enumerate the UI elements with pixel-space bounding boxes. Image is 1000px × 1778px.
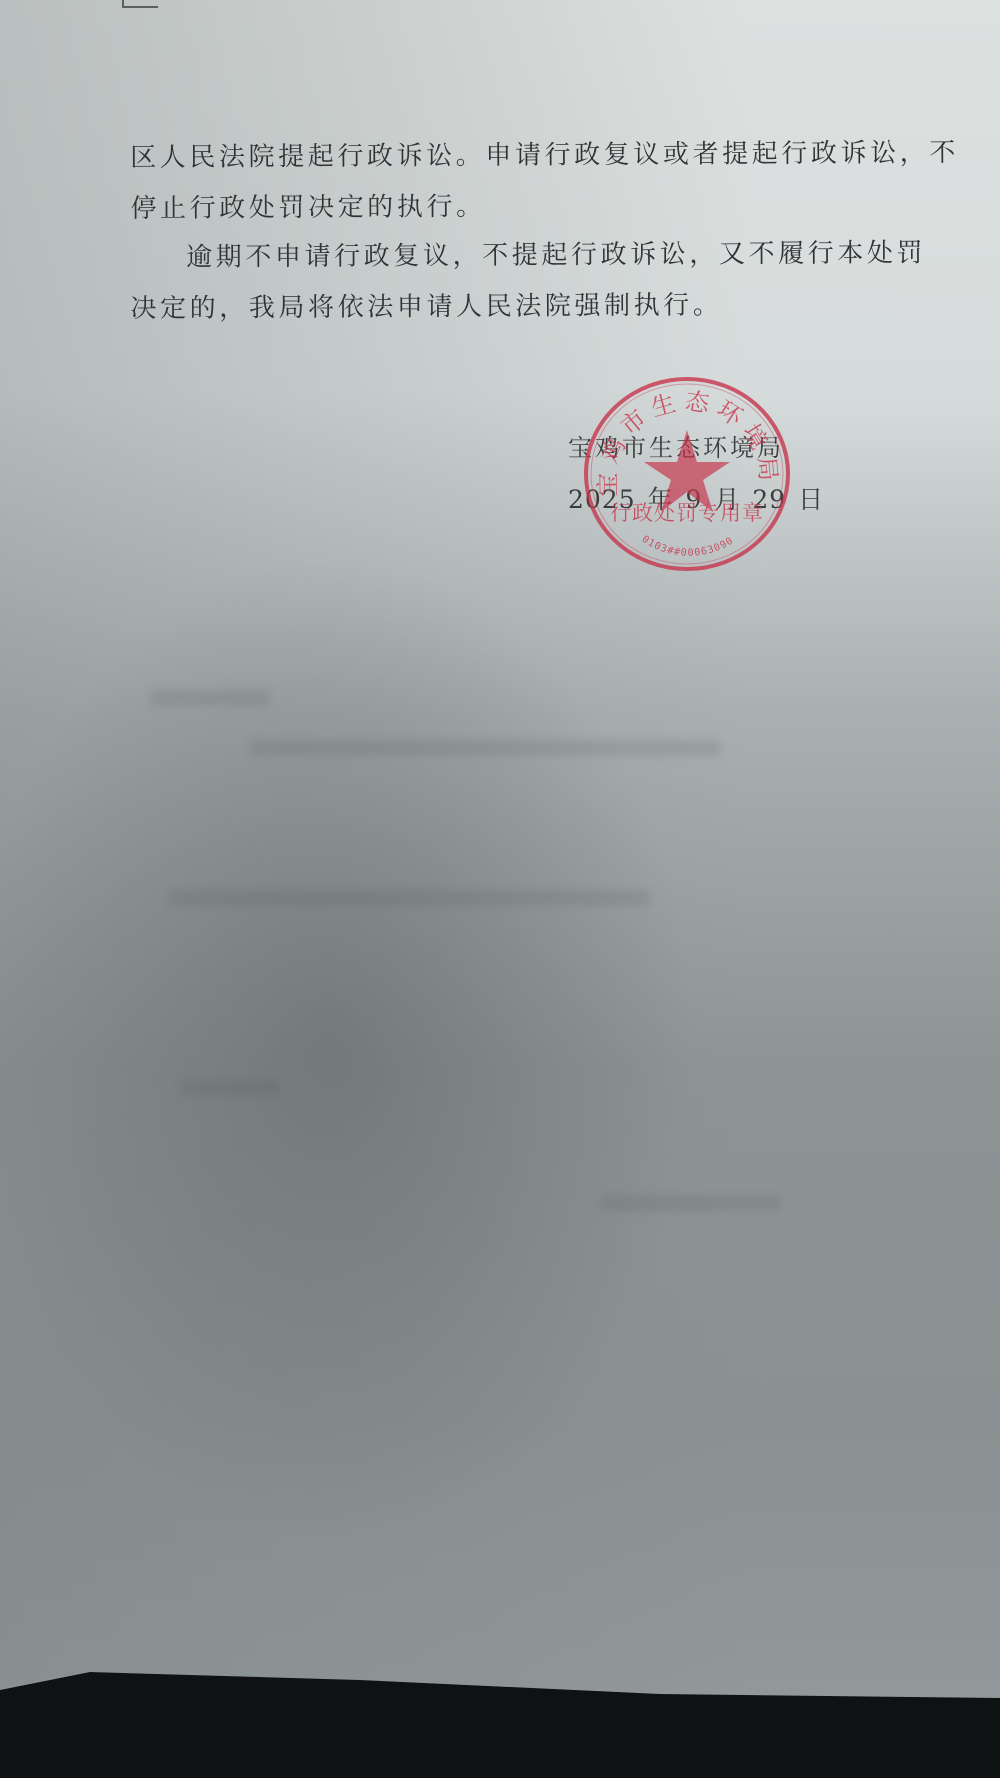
text-line: 停止行政处罚决定的执行。	[130, 179, 950, 235]
text-line: 区人民法院提起行政诉讼。申请行政复议或者提起行政诉讼，不	[130, 128, 950, 184]
signature-organization: 宝鸡市生态环境局	[568, 428, 784, 463]
text-line: 决定的，我局将依法申请人民法院强制执行。	[130, 279, 950, 335]
seal-serial-number: 0103##00063090	[640, 534, 736, 559]
official-seal: 宝鸡市生态环境局 行政处罚专用章 0103##00063090	[578, 372, 796, 577]
show-through-text	[150, 690, 270, 706]
paragraph-enforcement: 逾期不申请行政复议，不提起行政诉讼，又不履行本处罚 决定的，我局将依法申请人民法…	[130, 228, 951, 335]
text-line: 逾期不申请行政复议，不提起行政诉讼，又不履行本处罚	[130, 228, 950, 284]
show-through-text	[180, 1080, 280, 1096]
show-through-text	[170, 890, 650, 906]
paragraph-appeal-rights: 区人民法院提起行政诉讼。申请行政复议或者提起行政诉讼，不 停止行政处罚决定的执行…	[130, 128, 951, 235]
page-edge	[0, 0, 22, 80]
svg-text:0103##00063090: 0103##00063090	[640, 534, 736, 559]
show-through-text	[250, 740, 720, 756]
show-through-text	[600, 1195, 780, 1211]
previous-page-corner-mark	[122, 0, 158, 8]
document-page: 区人民法院提起行政诉讼。申请行政复议或者提起行政诉讼，不 停止行政处罚决定的执行…	[0, 0, 1000, 1778]
signature-date: 2025 年 9 月 29 日	[568, 480, 824, 516]
